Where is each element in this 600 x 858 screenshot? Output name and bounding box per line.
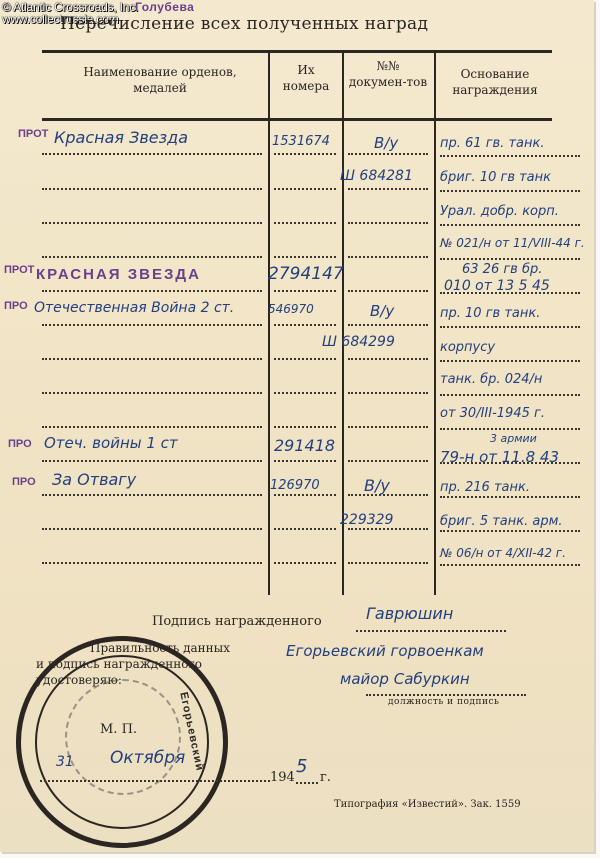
document-type: В/у (374, 134, 398, 152)
coat-of-arms-emblem (65, 679, 181, 795)
document-type: В/у (364, 476, 390, 495)
award-basis: пр. 61 гв. танк. (440, 136, 544, 151)
row-prefix-stamp: ПРО (4, 300, 28, 312)
award-name: Отечественная Война 2 ст. (34, 300, 234, 316)
award-number: 291418 (274, 436, 335, 455)
column-divider (434, 52, 436, 595)
row-prefix-stamp: ПРО (8, 438, 32, 450)
column-divider (268, 52, 270, 595)
year-line (296, 782, 318, 784)
award-number: 1531674 (272, 134, 330, 149)
document-number: Ш 684281 (340, 168, 413, 184)
award-basis: 63 26 гв бр. (462, 262, 542, 277)
award-basis: 010 от 13 5 45 (444, 278, 550, 294)
table-top-rule (42, 50, 552, 53)
page-title: Перечисление всех полученных наград (60, 14, 428, 34)
award-basis: 3 армии (490, 432, 537, 445)
date-day: 31 (56, 754, 74, 770)
year-unit: г. (320, 770, 331, 785)
award-number: 126970 (270, 478, 320, 493)
column-header-award-name: Наименование орденов, медалей (60, 64, 260, 96)
award-number: 546970 (268, 302, 314, 316)
award-name: За Отвагу (52, 470, 136, 489)
document-number: Ш 684299 (322, 334, 395, 350)
award-basis: корпусу (440, 340, 495, 355)
year-prefix: 194 (270, 770, 295, 785)
award-number: 2794147 (268, 264, 344, 284)
table-header-rule (42, 118, 552, 121)
award-basis: пр. 10 гв танк. (440, 306, 540, 321)
award-basis: бриг. 10 гв танк (440, 170, 551, 185)
row-prefix-stamp: ПРО (12, 476, 36, 488)
recipient-signature-label: Подпись награжденного (152, 614, 322, 629)
date-line (40, 780, 270, 782)
document-type: В/у (370, 302, 394, 320)
column-header-numbers: Их номера (276, 62, 336, 94)
seal-placement-label: М. П. (100, 722, 137, 737)
column-header-basis: Основание награждения (440, 66, 550, 98)
official-signature: майор Сабуркин (340, 670, 470, 688)
row-prefix-stamp: ПРОТ (4, 264, 34, 276)
document-number: 229329 (340, 512, 393, 528)
position-and-signature-label: должность и подпись (388, 697, 499, 707)
award-basis: пр. 216 танк. (440, 480, 530, 495)
recipient-signature: Гаврюшин (366, 604, 453, 623)
printer-imprint: Типография «Известий». Зак. 1559 (334, 799, 521, 810)
signature-line (356, 630, 506, 632)
award-basis: танк. бр. 024/н (440, 372, 542, 387)
row-prefix-stamp: ПРОТ (18, 128, 48, 140)
award-basis: бриг. 5 танк. арм. (440, 514, 563, 529)
award-name-stamp: КРАСНАЯ ЗВЕЗДА (36, 266, 201, 283)
award-name: Отеч. войны 1 ст (44, 434, 178, 452)
column-header-documents: №№ докумен-тов (348, 58, 428, 90)
date-month: Октября (110, 748, 185, 768)
award-name: Красная Звезда (54, 128, 188, 147)
award-basis: № 06/н от 4/XII-42 г. (440, 546, 566, 560)
official-seal: Егорьевский (16, 636, 228, 848)
award-basis: № 021/н от 11/VIII-44 г. (440, 236, 585, 250)
award-basis: от 30/III-1945 г. (440, 406, 545, 421)
official-title: Егорьевский горвоенкам (286, 642, 484, 660)
year-suffix: 5 (296, 756, 307, 777)
award-basis: 79-н от 11.8 43 (440, 448, 559, 466)
award-basis: Урал. добр. корп. (440, 204, 559, 219)
award-document-page: © Atlantic Crossroads, Inc. www.collectr… (0, 0, 594, 852)
surname-stamp: Голубева (135, 0, 194, 14)
official-signature-line (366, 694, 526, 696)
